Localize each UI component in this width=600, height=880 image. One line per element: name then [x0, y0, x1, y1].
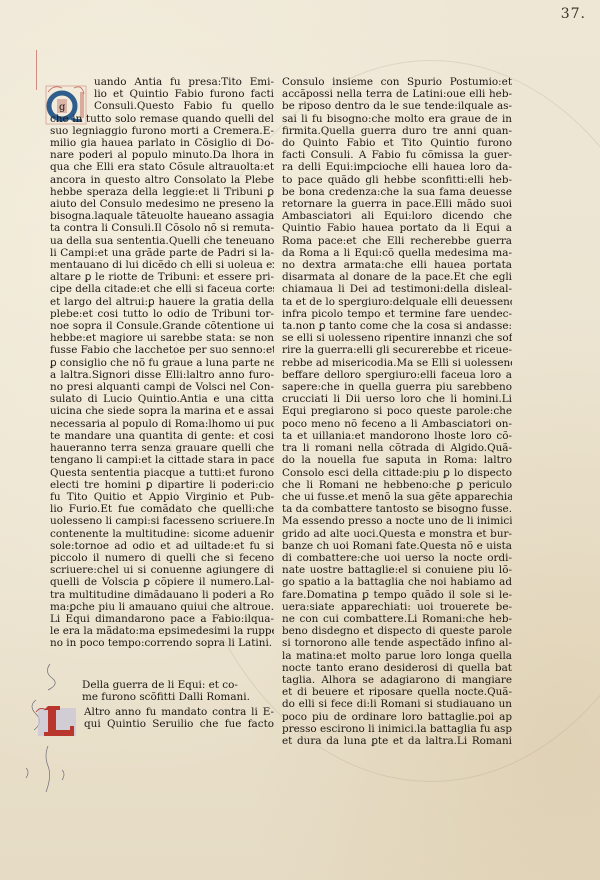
text-line: ta et uillania:et mandorono lhoste loro … [282, 430, 512, 442]
text-line: do elli si fece di:li Romani si studiaua… [282, 698, 512, 710]
text-line: beffare delloro spergiuro:elli faceua lo… [282, 369, 512, 381]
text-line: sulato di Lucio Quintio.Antia e una citt… [50, 393, 274, 405]
chapter-heading-line: me furono scõfitti Dalli Romani. [82, 691, 282, 703]
text-line: ta et de lo spergiuro:delquale elli deue… [282, 296, 512, 308]
text-line: bisogna.laquale tãteuolte haueano assagi… [50, 210, 274, 222]
text-line: accãpossi nella terra de Latini:oue elli… [282, 88, 512, 100]
text-line: Roma pace:et che Elli recherebbe guerra [282, 235, 512, 247]
text-line: retornare la guerra in pace.Elli mãdo su… [282, 198, 512, 210]
text-line: ra delli Equi:imꝑcioche elli hauea loro … [282, 161, 512, 173]
text-line: rire la guerra:elli gli securerebbe et r… [282, 344, 512, 356]
text-line: noe sopra il Consule.Grande cõtentione u… [50, 320, 274, 332]
decorated-initial-l-icon [34, 704, 78, 740]
text-line: ma:ꝑche piu li amauano quiui che altroue… [50, 601, 274, 613]
text-line: di combattere:che uoi uerso la nocte ord… [282, 552, 512, 564]
text-line: grido ad alte uoci.Questa e monstra et b… [282, 528, 512, 540]
chapter-text: Altro anno fu mandato contra li E- qui Q… [84, 706, 274, 730]
text-line: nate uostre battaglie:el si conuiene piu… [282, 564, 512, 576]
text-line: cipe della citade:et che elli si faceua … [50, 283, 274, 295]
text-line: et largo del altrui:ꝑ hauere la gratia d… [50, 296, 274, 308]
text-line: qua che Elli era stato Cõsule altrauolta… [50, 161, 274, 173]
text-line: Quintio Fabio hauea portato da li Equi a [282, 222, 512, 234]
chapter-heading: Della guerra de li Equi: et co- me furon… [82, 679, 282, 703]
text-line: Altro anno fu mandato contra li E- [84, 706, 274, 718]
text-line: quelli de Volscia ꝑ cõpiere il numero.La… [50, 576, 274, 588]
text-line: necessaria al populo di Roma:lhomo ui pu… [50, 418, 274, 430]
text-line: ne con cui combattere.Li Romani:che heb- [282, 613, 512, 625]
text-line: aiuto del Consulo medesimo ne preseno la [50, 198, 274, 210]
text-line: do Quinto Fabio et Tito Quintio furono [282, 137, 512, 149]
text-line: suo legniaggio furono morti a Cremera.E- [50, 125, 274, 137]
text-line: electi tre homini ꝑ dipartire li poderi:… [50, 479, 274, 491]
text-line: tra multitudine dimãdauano li poderi a R… [50, 589, 274, 601]
text-line: ua della sua sententia.Quelli che teneua… [50, 235, 274, 247]
text-line: facti Consuli. A Fabio fu cõmissa la gue… [282, 149, 512, 161]
text-line: sai li fu bisogno:che molto era graue de… [282, 113, 512, 125]
text-line: se elli si uolesseno ripentire innanzi c… [282, 332, 512, 344]
text-line: be bona credenza:che la sua fama deuesse [282, 186, 512, 198]
text-line: hebbe speraza della leggie:et li Tribuni… [50, 186, 274, 198]
text-line: fare.Domatina ꝑ tempo quãdo il sole si l… [282, 589, 512, 601]
text-line: sapere:che in quella guerra piu sarebben… [282, 381, 512, 393]
text-line: be riposo dentro da le sue tende:ilquale… [282, 100, 512, 112]
text-line: do la nouella fue saputa in Roma: laltro [282, 454, 512, 466]
text-line: chiamaua li Dei ad testimoni:della disle… [282, 283, 512, 295]
text-line: firmita.Quella guerra duro tre anni quan… [282, 125, 512, 137]
text-line: beno disdegno et dispecto di queste paro… [282, 625, 512, 637]
text-line: poco meno nõ feceno a li Ambasciatori on… [282, 418, 512, 430]
text-line: che ui fusse.et menõ la sua gẽte apparec… [282, 491, 512, 503]
text-line: rebbe ad misericodia.Ma se Elli si uoles… [282, 357, 512, 369]
text-line: Li Equi dimandarono pace a Fabio:ilqua- [50, 613, 274, 625]
right-column: Consulo insieme con Spurio Postumio:et a… [282, 76, 512, 747]
text-line: infra picolo tempo et termine fare uende… [282, 308, 512, 320]
text-line: uolesseno li campi:si facesseno scriuere… [50, 515, 274, 527]
text-line: fusse Fabio che lacchetoe per suo senno:… [50, 344, 274, 356]
text-line: Ambasciatori ali Equi:loro dicendo che [282, 210, 512, 222]
text-line: contenente la multitudine: sicome adueni… [50, 528, 274, 540]
text-line: to pace quãdo gli hebbe sconfitti:elli h… [282, 174, 512, 186]
text-line: uando Antia fu presa:Tito Emi- [50, 76, 274, 88]
text-line: haueranno terra senza grauare quelli che [50, 442, 274, 454]
text-line: lio Furio.Et fue comãdato che quelli:che [50, 503, 274, 515]
text-line: nocte tanto erano desiderosi di quella b… [282, 662, 512, 674]
text-line: nare poderi al populo minuto.Da lhora in [50, 149, 274, 161]
text-line: Consuli.Questo Fabio fu quello [50, 100, 274, 112]
text-line: la matina:et molto parue loro longa quel… [282, 650, 512, 662]
text-line: no presi alquanti campi de Volsci nel Co… [50, 381, 274, 393]
text-line: Questa sententia piacque a tutti:et furo… [50, 467, 274, 479]
text-line: te mandare una quantita di gente: et cos… [50, 430, 274, 442]
left-column: uando Antia fu presa:Tito Emi- lio et Qu… [50, 76, 274, 650]
text-line: sole:tornoe ad odio et ad uiltade:et fu … [50, 540, 274, 552]
text-line: qui Quintio Seruilio che fue facto [84, 718, 274, 730]
text-line: no dextra armata:che elli hauea portata [282, 259, 512, 271]
text-line: altare ꝑ le riotte de Tribuni: et essere… [50, 271, 274, 283]
text-line: Equi pregiarono si poco queste parole:ch… [282, 405, 512, 417]
text-line: Ma essendo presso a nocte uno de li inim… [282, 515, 512, 527]
text-line: scriuere:chel ui si conuenne agiungere d… [50, 564, 274, 576]
text-line: ancora in questo altro Consolato la Pleb… [50, 174, 274, 186]
text-line: presso escirono li inimici.la battaglia … [282, 723, 512, 735]
text-line: Consulo insieme con Spurio Postumio:et [282, 76, 512, 88]
text-line: ta da combattere tantosto se bisogno fus… [282, 503, 512, 515]
text-line: crucciati li Dii uerso loro che li homin… [282, 393, 512, 405]
manuscript-page: 37. g uando Antia fu presa:Tito Emi- lio… [0, 0, 600, 880]
text-line: hebbe:et magiore ui sarebbe stata: se no… [50, 332, 274, 344]
text-line: disarmata al donare de la pace.Et che eg… [282, 271, 512, 283]
text-line: fu Tito Quitio et Appio Virginio et Pub- [50, 491, 274, 503]
text-line: che in tutto solo remase quando quelli d… [50, 113, 274, 125]
text-line: a laltra.Signori disse Elli:laltro anno … [50, 369, 274, 381]
chapter-heading-line: Della guerra de li Equi: et co- [82, 679, 282, 691]
margin-rubric-line [36, 50, 37, 90]
text-line: Consolo esci della cittade:piu ꝑ lo disp… [282, 467, 512, 479]
text-line: piccolo il numero di quelli che si fecen… [50, 552, 274, 564]
text-line: le era la mãdato:ma epsimedesimi la rupp… [50, 625, 274, 637]
text-line: banze ch uoi Romani fate.Questa nõ e uis… [282, 540, 512, 552]
text-line: ta contra li Consuli.Il Cõsolo nõ si rem… [50, 222, 274, 234]
text-line: lio et Quintio Fabio furono facti [50, 88, 274, 100]
text-line: poco piu de ordinare loro battaglie.poi … [282, 711, 512, 723]
text-line: si tornorono alle tende aspectãdo infino… [282, 637, 512, 649]
text-line: go spatio a la battaglia che noi habiamo… [282, 576, 512, 588]
text-line: uicina che siede sopra la marina et e as… [50, 405, 274, 417]
text-line: no in poco tempo:correndo sopra li Latin… [50, 637, 274, 649]
text-line: tra li romani nella cõtrada di Algido.Qu… [282, 442, 512, 454]
folio-number: 37. [561, 6, 586, 22]
text-line: et dura da luna ꝑte et da laltra.Li Roma… [282, 735, 512, 747]
text-line: et di beuere et riposare quella nocte.Qu… [282, 686, 512, 698]
text-line: ta.non ꝑ tanto come che la cosa si andas… [282, 320, 512, 332]
text-line: che li Romani ne hebbeno:che ꝑ periculo [282, 479, 512, 491]
text-line: mentauano di lui dicẽdo ch elli si uoleu… [50, 259, 274, 271]
text-line: tengano li campi:et la cittade stara in … [50, 454, 274, 466]
text-line: uera:siate apparechiati: uoi trouerete b… [282, 601, 512, 613]
text-line: milio gia hauea parlato in Cõsiglio di D… [50, 137, 274, 149]
text-line: ꝑ consiglio che nõ fu graue a luna parte… [50, 357, 274, 369]
text-line: da Roma a li Equi:cõ quella medesima ma- [282, 247, 512, 259]
text-line: li Campi:et una grãde parte de Padri si … [50, 247, 274, 259]
text-line: taglia. Alhora se adagiarono di mangiare [282, 674, 512, 686]
text-line: plebe:et cosi tutto lo odio de Tribuni t… [50, 308, 274, 320]
